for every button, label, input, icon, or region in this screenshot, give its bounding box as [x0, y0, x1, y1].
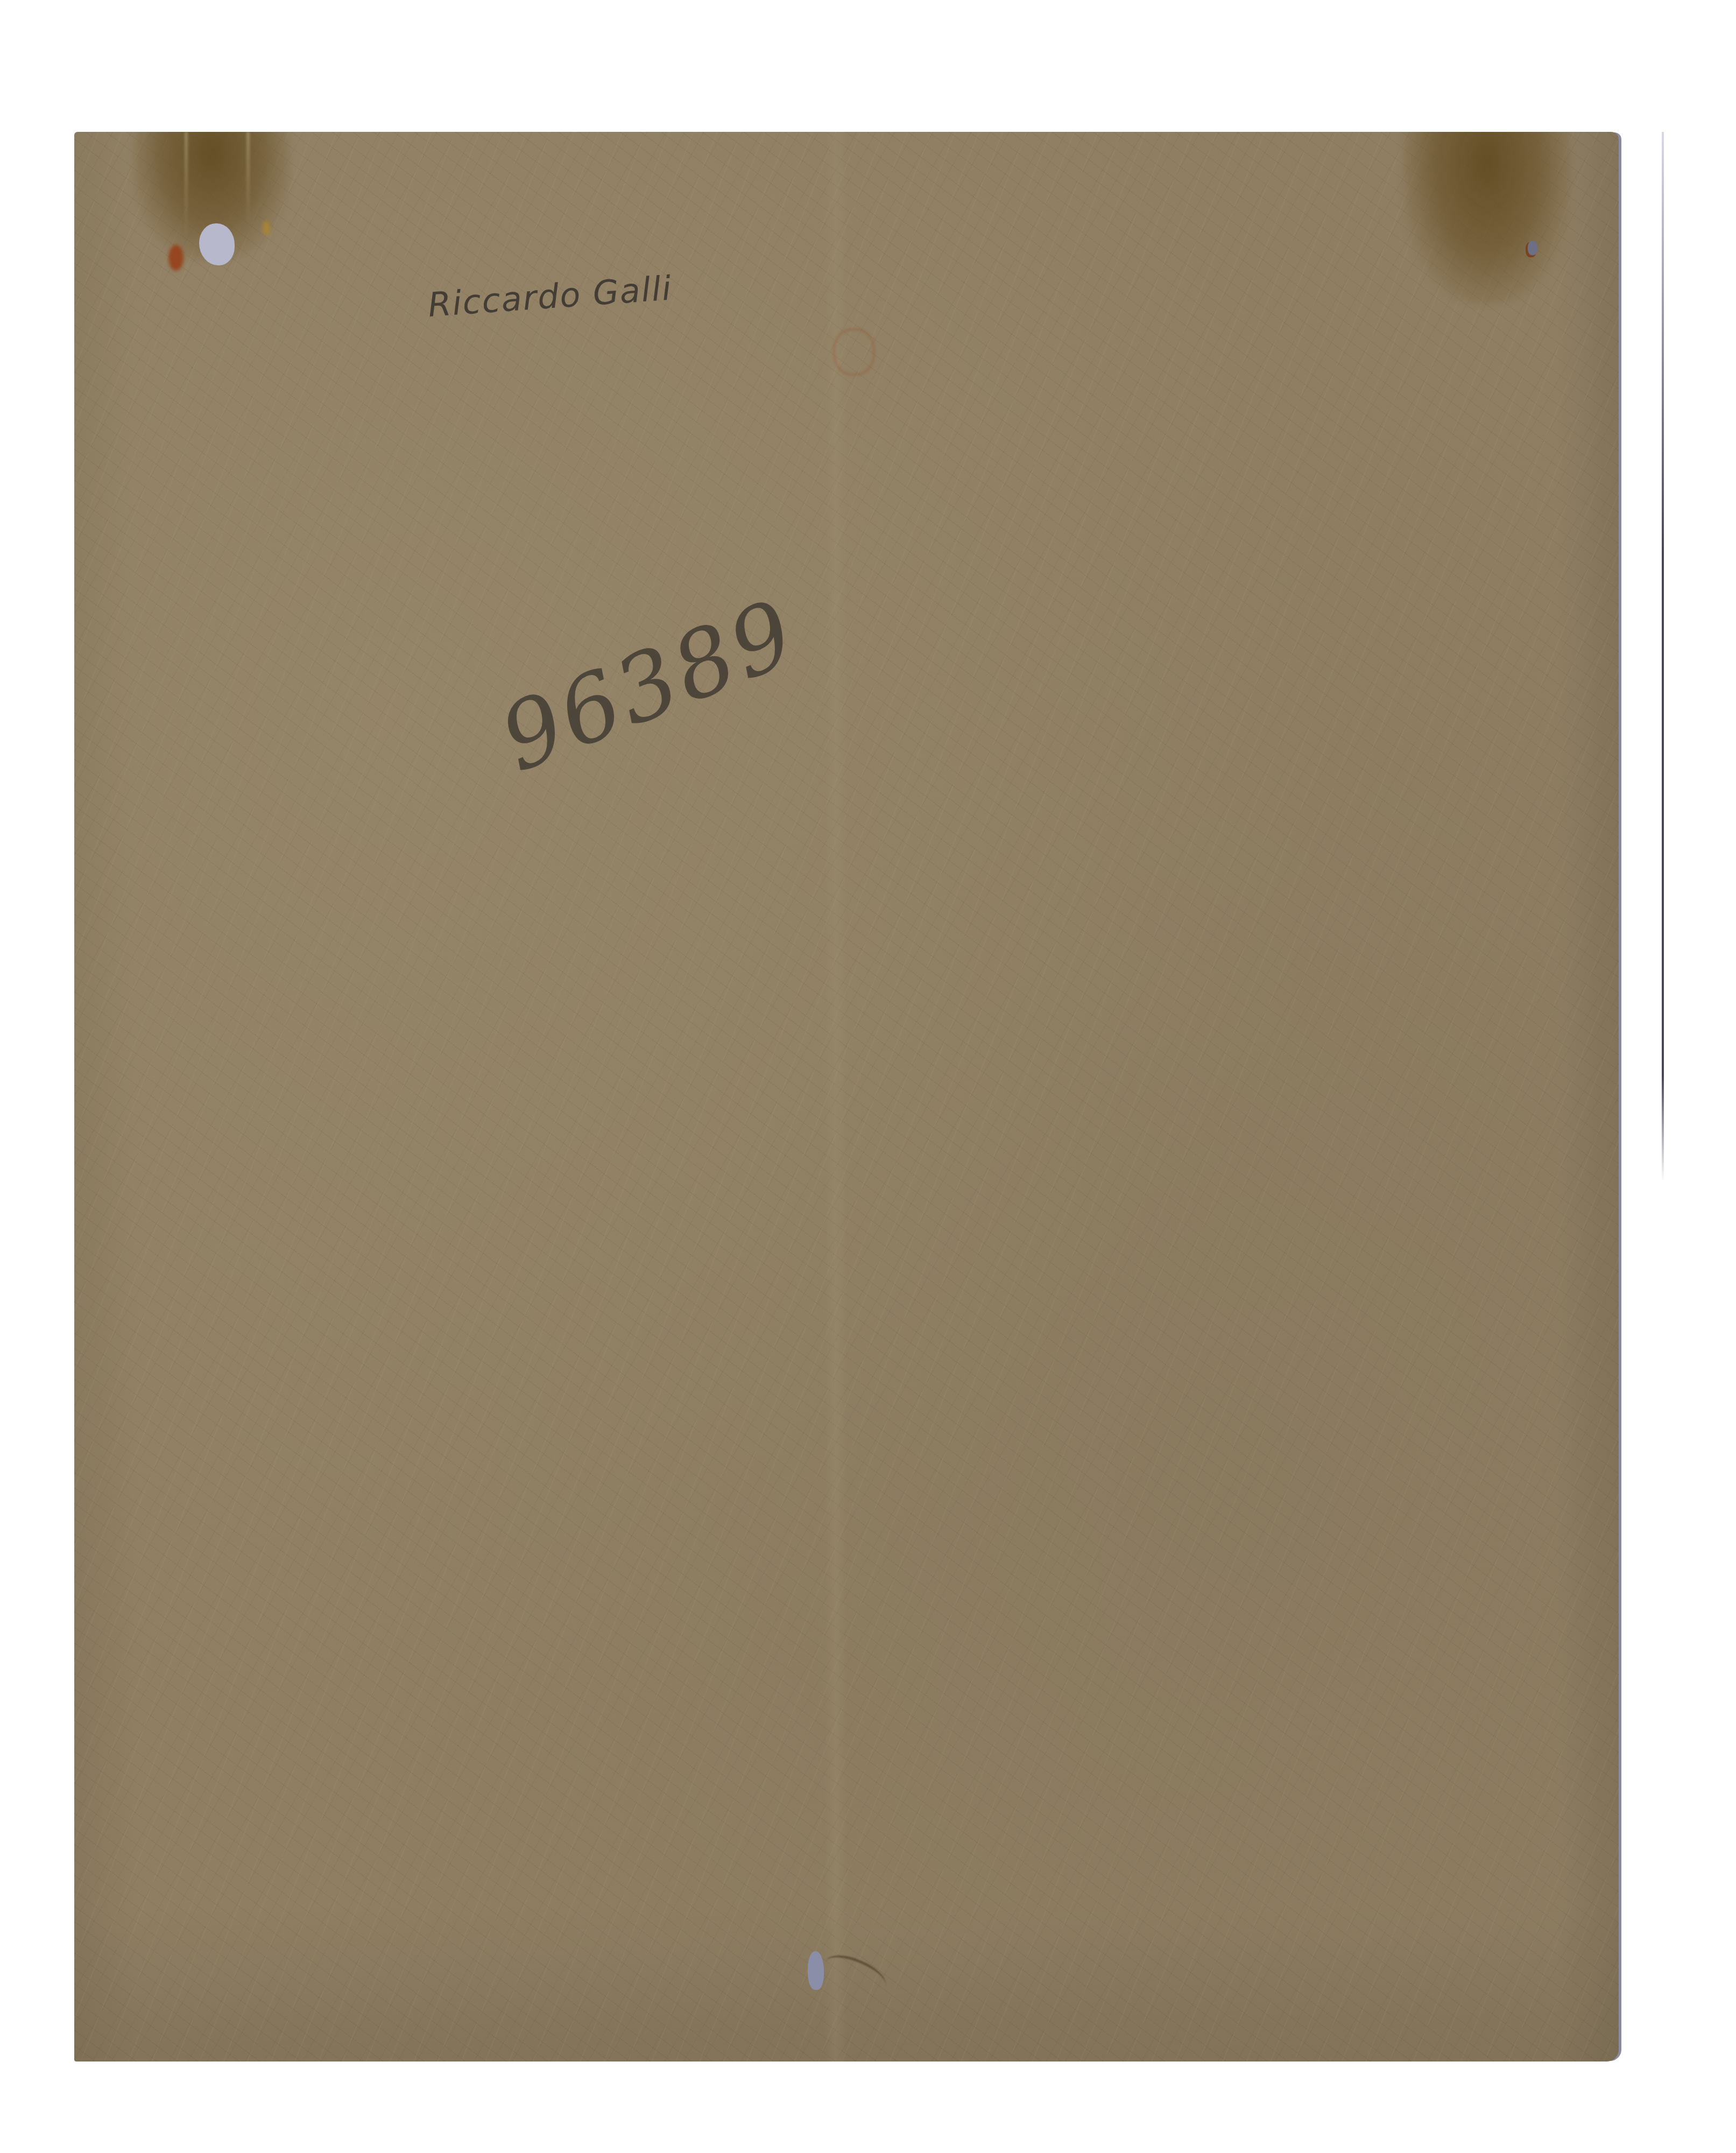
rust-spot — [833, 328, 875, 376]
cardboard-back: Riccardo Galli 96389 — [74, 132, 1619, 2061]
stain-streak — [246, 132, 250, 229]
stain-streak — [185, 132, 188, 240]
top-left-hole — [199, 223, 235, 265]
rust-mark — [263, 221, 270, 236]
center-seam — [825, 132, 846, 2061]
paper-fiber-texture — [74, 132, 1619, 2061]
bottom-center-hole — [808, 1951, 824, 1990]
rust-mark — [168, 245, 184, 271]
board-edge-shadow — [1662, 132, 1664, 1181]
top-right-hole — [1528, 241, 1537, 255]
